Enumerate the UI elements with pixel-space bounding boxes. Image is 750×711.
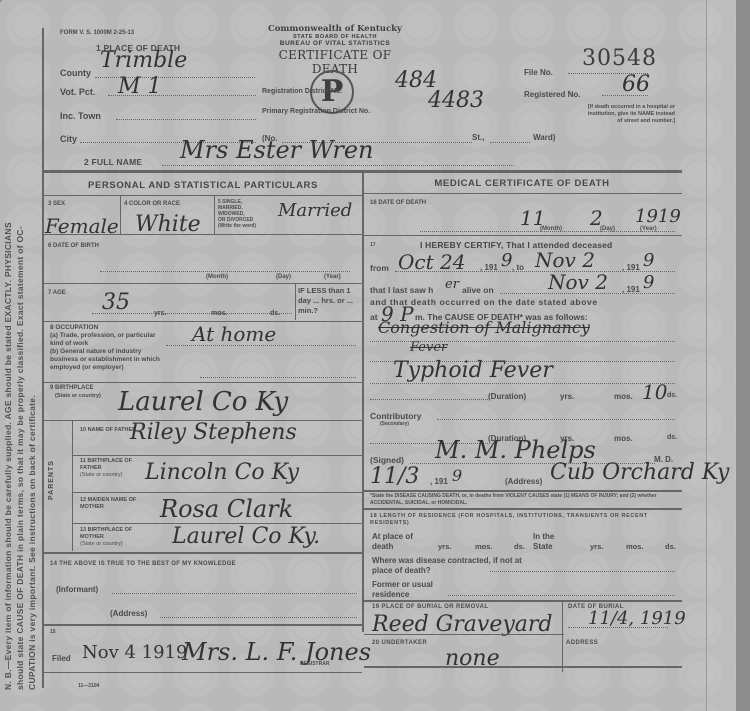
filed-label: Filed <box>52 654 71 663</box>
last-saw-year-prefix: , 191 <box>622 285 640 294</box>
informant-section-label: 14 THE ABOVE IS TRUE TO THE BEST OF MY K… <box>50 561 236 567</box>
age-value: 35 <box>102 290 130 315</box>
divider <box>364 508 682 510</box>
informant-line <box>112 584 357 594</box>
contributory-sub: (Secondary) <box>380 421 409 427</box>
vot-pct-label: Vot. Pct. <box>60 87 95 97</box>
dob-year-label: (Year) <box>324 274 341 280</box>
in-state-yrs: yrs. <box>590 542 603 551</box>
signed-year-prefix: , 191 <box>430 477 448 486</box>
personal-section-title: PERSONAL AND STATISTICAL PARTICULARS <box>44 180 362 191</box>
divider <box>42 624 362 626</box>
divider <box>42 672 362 673</box>
ward-line <box>490 133 530 143</box>
issuer-block: Commonwealth of Kentucky STATE BOARD OF … <box>265 24 405 76</box>
death-year: 1919 <box>635 206 681 227</box>
dob-label: 6 DATE OF BIRTH <box>48 243 99 249</box>
to-year-prefix: , 191 <box>622 263 640 272</box>
file-no-label: File No. <box>524 68 553 77</box>
commonwealth: Commonwealth of Kentucky <box>265 24 405 34</box>
residence-label: 18 LENGTH OF RESIDENCE (FOR HOSPITALS, I… <box>370 513 675 527</box>
divider <box>42 552 362 554</box>
dob-month-label: (Month) <box>206 274 228 280</box>
divider <box>72 455 362 456</box>
filing-number: 15 <box>50 629 56 635</box>
signed-date-value: 11/3 <box>370 464 419 489</box>
marital-value: Married <box>278 200 352 221</box>
physician-address-value: Cub Orchard Ky <box>550 460 729 485</box>
attended-to-value: Nov 2 <box>535 248 595 272</box>
contracted-line <box>490 566 675 572</box>
mother-birthplace-value: Laurel Co Ky. <box>172 524 320 549</box>
death-certificate-scan: N. B.—Every item of information should b… <box>0 0 750 711</box>
primary-registration-label: Primary Registration District No. <box>262 108 370 115</box>
mother-name-label: 12 MAIDEN NAME OF MOTHER <box>80 497 150 511</box>
at-place-mos: mos. <box>475 542 493 551</box>
registered-no-value: 66 <box>622 72 650 97</box>
divider <box>42 283 362 284</box>
duration-days-value: 10 <box>642 380 667 404</box>
registrar-label: REGISTRAR <box>300 661 329 667</box>
full-name-value: Mrs Ester Wren <box>180 136 374 164</box>
dob-day-label: (Day) <box>276 274 291 280</box>
former-residence-line <box>448 590 675 596</box>
form-border-left <box>42 28 44 688</box>
registered-no-label: Registered No. <box>524 90 580 99</box>
last-saw-value: Nov 2 <box>548 270 608 294</box>
occurred-text: and that death occurred on the date stat… <box>370 297 680 307</box>
dob-line <box>100 262 350 272</box>
inc-town-label: Inc. Town <box>60 111 101 121</box>
divider <box>364 193 682 194</box>
father-birthplace-label: 11 BIRTHPLACE OF FATHER (State or countr… <box>80 458 150 479</box>
divider <box>364 600 682 602</box>
divider <box>72 492 362 493</box>
st-label: St., <box>472 133 484 142</box>
bureau: BUREAU OF VITAL STATISTICS <box>265 40 405 47</box>
death-day-label: (Day) <box>600 226 615 232</box>
form-number: FORM V. S. 1000M 2-25-13 <box>60 30 134 36</box>
divider <box>364 490 682 492</box>
county-label: County <box>60 68 91 78</box>
contributory-label: Contributory <box>370 411 421 421</box>
former-residence-label: Former or usual residence <box>372 580 452 600</box>
birthplace-value: Laurel Co Ky <box>118 387 288 417</box>
divider <box>42 382 362 383</box>
mother-birthplace-label: 13 BIRTHPLACE OF MOTHER (State or countr… <box>80 527 150 548</box>
marital-label: 5 SINGLE, MARRIED, WIDOWED, OR DIVORCED … <box>218 199 256 229</box>
parents-side-label: PARENTS <box>48 460 55 500</box>
cause-line-3 <box>370 378 675 384</box>
at-label: at <box>370 312 378 322</box>
contrib-mos-label: mos. <box>614 434 633 443</box>
father-birthplace-value: Lincoln Co Ky <box>145 460 299 485</box>
registration-district-label: Registration District No. <box>262 88 342 95</box>
cause-struck-2: Fever <box>410 340 447 355</box>
divider <box>295 284 296 320</box>
from-label: from <box>370 263 389 273</box>
birthplace-sub: (State or country) <box>55 393 101 399</box>
divider <box>562 602 563 672</box>
ward-label: Ward) <box>533 133 555 142</box>
vot-pct-value: M 1 <box>118 74 162 99</box>
attended-to-year: 9 <box>643 250 654 271</box>
age-yrs-label: yrs. <box>154 310 166 317</box>
cause-struck-1: Congestion of Malignancy <box>378 318 590 337</box>
city-label: City <box>60 134 77 144</box>
burial-date-value: 11/4, 1919 <box>588 608 686 629</box>
primary-registration-value: 4483 <box>428 88 484 113</box>
birthplace-label: 9 BIRTHPLACE <box>50 385 94 391</box>
sex-label: 3 SEX <box>48 201 65 207</box>
duration-label: (Duration) <box>488 392 526 401</box>
divider <box>364 666 682 668</box>
signed-year: 9 <box>452 466 462 485</box>
less-than-day-label: IF LESS than 1 day ... hrs. or ... min.? <box>298 286 360 316</box>
duration-yrs-label: yrs. <box>560 392 574 401</box>
physician-address-label: (Address) <box>505 477 542 486</box>
at-place-ds: ds. <box>514 542 525 551</box>
occupation-label-block: 8 OCCUPATION (a) Trade, profession, or p… <box>50 324 165 372</box>
burial-place-label: 19 PLACE OF BURIAL OR REMOVAL <box>372 604 488 610</box>
duration-line <box>370 394 490 400</box>
divider <box>72 421 73 551</box>
age-mos-label: mos. <box>211 310 227 317</box>
at-place-yrs: yrs. <box>438 542 451 551</box>
father-name-value: Riley Stephens <box>130 420 297 445</box>
medical-section-title: MEDICAL CERTIFICATE OF DEATH <box>364 178 680 189</box>
divider <box>42 234 362 235</box>
county-value: Trimble <box>100 48 187 73</box>
divider <box>364 634 564 635</box>
death-month-label: (Month) <box>540 226 562 232</box>
undertaker-label: 20 UNDERTAKER <box>372 640 427 646</box>
last-saw-year: 9 <box>643 272 654 293</box>
scan-edge <box>736 0 750 711</box>
informant-address-label: (Address) <box>110 609 147 618</box>
cause-footnote: *State the DISEASE CAUSING DEATH, or, in… <box>370 493 675 507</box>
in-state-mos: mos. <box>626 542 644 551</box>
age-ds-label: ds. <box>270 310 280 317</box>
informant-label: (Informant) <box>56 585 98 594</box>
occupation-a-value: At home <box>192 322 276 346</box>
in-state-ds: ds. <box>665 542 676 551</box>
side-instructions: N. B.—Every item of information should b… <box>2 10 42 690</box>
divider <box>214 196 215 234</box>
death-year-label: (Year) <box>640 226 657 232</box>
hospital-note: [If death occurred in a hospital or inst… <box>583 104 675 125</box>
attended-from-value: Oct 24 <box>398 250 465 274</box>
divider <box>364 235 682 236</box>
duration-ds-label: ds. <box>667 392 677 399</box>
occupation-b-line <box>200 368 356 378</box>
mother-name-value: Rosa Clark <box>160 495 293 523</box>
registrar-signature: Mrs. L. F. Jones <box>182 638 371 666</box>
center-column-rule <box>362 172 364 632</box>
last-saw-pronoun: er <box>445 277 459 292</box>
last-saw-label: that I last saw h <box>370 285 433 295</box>
alive-on-label: alive on <box>462 285 494 295</box>
date-of-death-label: 16 DATE OF DEATH <box>370 200 426 206</box>
in-state-label: In the State <box>533 532 573 552</box>
full-name-label: 2 FULL NAME <box>84 157 142 167</box>
age-label: 7 AGE <box>48 290 66 296</box>
contributory-line <box>437 414 675 420</box>
at-place-label: At place of death <box>372 532 422 552</box>
divider <box>120 196 121 234</box>
undertaker-address-label: ADDRESS <box>566 640 598 646</box>
inc-town-line <box>116 110 256 120</box>
footer-code: 11—2104 <box>78 683 99 689</box>
file-no-value: 30548 <box>582 46 657 71</box>
attended-from-year: 9 <box>501 250 512 271</box>
informant-address-line <box>160 608 357 618</box>
color-label: 4 COLOR OR RACE <box>124 201 180 207</box>
duration-mos-label: mos. <box>614 392 633 401</box>
from-year-prefix: , 191 <box>480 263 498 272</box>
certify-number: 17 <box>370 242 376 248</box>
divider <box>42 195 362 196</box>
to-label: , to <box>512 263 524 272</box>
form-margin <box>706 0 736 711</box>
contrib-ds-label: ds. <box>667 434 677 441</box>
filed-value: Nov 4 1919 <box>82 642 187 663</box>
